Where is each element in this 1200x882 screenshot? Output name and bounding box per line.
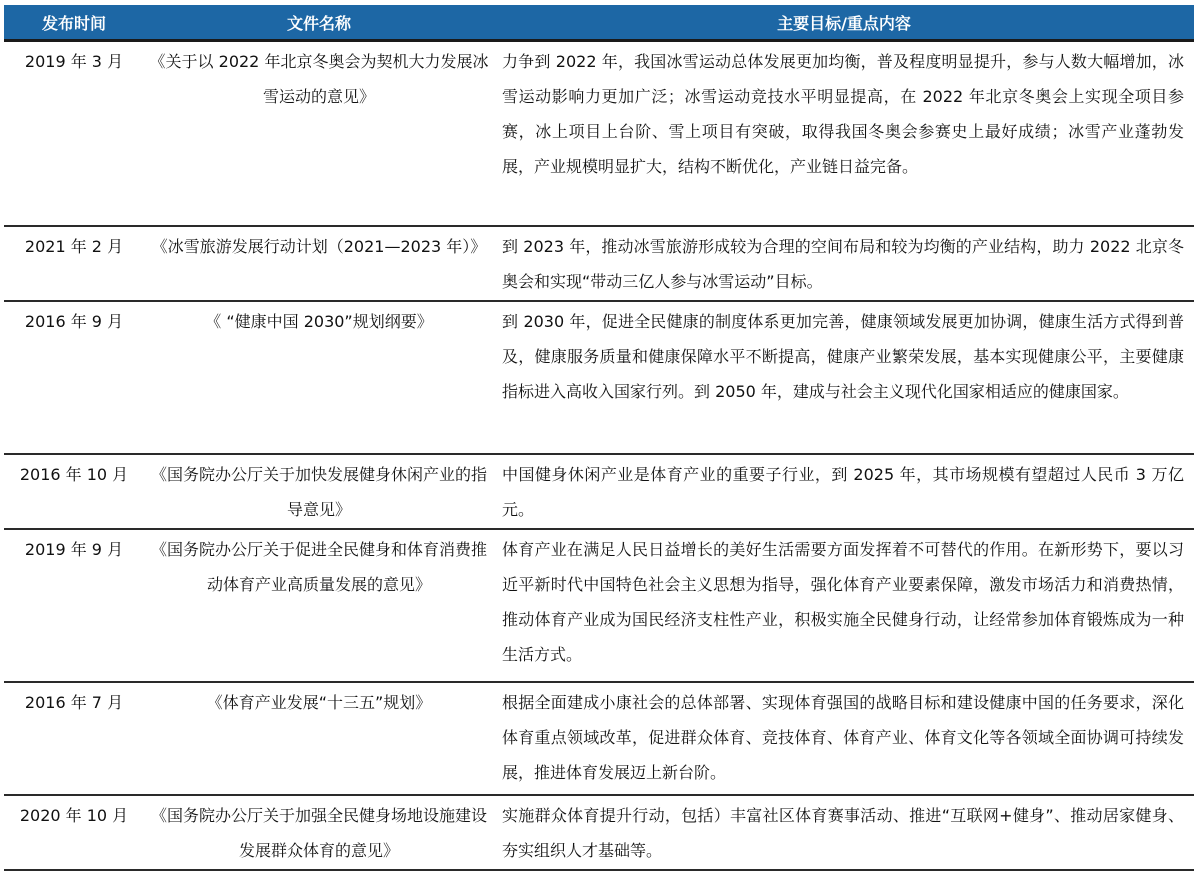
table-body: 2019 年 3 月 《关于以 2022 年北京冬奥会为契机大力发展冰雪运动的意… [4,41,1194,871]
table-row: 2020 年 10 月 《国务院办公厅关于加强全民健身场地设施建设发展群众体育的… [4,795,1194,870]
cell-content: 中国健身休闲产业是体育产业的重要子行业，到 2025 年，其市场规模有望超过人民… [494,454,1194,529]
cell-content: 根据全面建成小康社会的总体部署、实现体育强国的战略目标和建设健康中国的任务要求，… [494,682,1194,795]
cell-title: 《体育产业发展“十三五”规划》 [144,682,494,795]
table-row: 2016 年 7 月 《体育产业发展“十三五”规划》 根据全面建成小康社会的总体… [4,682,1194,795]
table-row: 2016 年 10 月 《国务院办公厅关于加快发展健身休闲产业的指导意见》 中国… [4,454,1194,529]
cell-date: 2019 年 9 月 [4,529,144,682]
cell-title: 《国务院办公厅关于促进全民健身和体育消费推动体育产业高质量发展的意见》 [144,529,494,682]
cell-content: 体育产业在满足人民日益增长的美好生活需要方面发挥着不可替代的作用。在新形势下，要… [494,529,1194,682]
cell-content: 到 2030 年，促进全民健康的制度体系更加完善，健康领域发展更加协调，健康生活… [494,301,1194,454]
table-header: 发布时间 文件名称 主要目标/重点内容 [4,5,1194,41]
cell-date: 2016 年 9 月 [4,301,144,454]
cell-date: 2016 年 7 月 [4,682,144,795]
cell-date: 2021 年 2 月 [4,226,144,301]
cell-title: 《关于以 2022 年北京冬奥会为契机大力发展冰雪运动的意见》 [144,41,494,227]
policy-table: 发布时间 文件名称 主要目标/重点内容 2019 年 3 月 《关于以 2022… [4,5,1194,871]
cell-title: 《国务院办公厅关于加快发展健身休闲产业的指导意见》 [144,454,494,529]
table-row: 2016 年 9 月 《 “健康中国 2030”规划纲要》 到 2030 年，促… [4,301,1194,454]
cell-content: 力争到 2022 年，我国冰雪运动总体发展更加均衡，普及程度明显提升，参与人数大… [494,41,1194,227]
cell-title: 《冰雪旅游发展行动计划（2021—2023 年）》 [144,226,494,301]
cell-date: 2016 年 10 月 [4,454,144,529]
table-row: 2021 年 2 月 《冰雪旅游发展行动计划（2021—2023 年）》 到 2… [4,226,1194,301]
cell-content: 到 2023 年，推动冰雪旅游形成较为合理的空间布局和较为均衡的产业结构，助力 … [494,226,1194,301]
cell-date: 2020 年 10 月 [4,795,144,870]
cell-content: 实施群众体育提升行动，包括）丰富社区体育赛事活动、推进“互联网+健身”、推动居家… [494,795,1194,870]
table-row: 2019 年 9 月 《国务院办公厅关于促进全民健身和体育消费推动体育产业高质量… [4,529,1194,682]
header-content: 主要目标/重点内容 [494,5,1194,41]
table-row: 2019 年 3 月 《关于以 2022 年北京冬奥会为契机大力发展冰雪运动的意… [4,41,1194,227]
header-date: 发布时间 [4,5,144,41]
policy-table-container: 发布时间 文件名称 主要目标/重点内容 2019 年 3 月 《关于以 2022… [4,5,1194,871]
header-title: 文件名称 [144,5,494,41]
cell-title: 《国务院办公厅关于加强全民健身场地设施建设发展群众体育的意见》 [144,795,494,870]
cell-title: 《 “健康中国 2030”规划纲要》 [144,301,494,454]
cell-date: 2019 年 3 月 [4,41,144,227]
header-row: 发布时间 文件名称 主要目标/重点内容 [4,5,1194,41]
